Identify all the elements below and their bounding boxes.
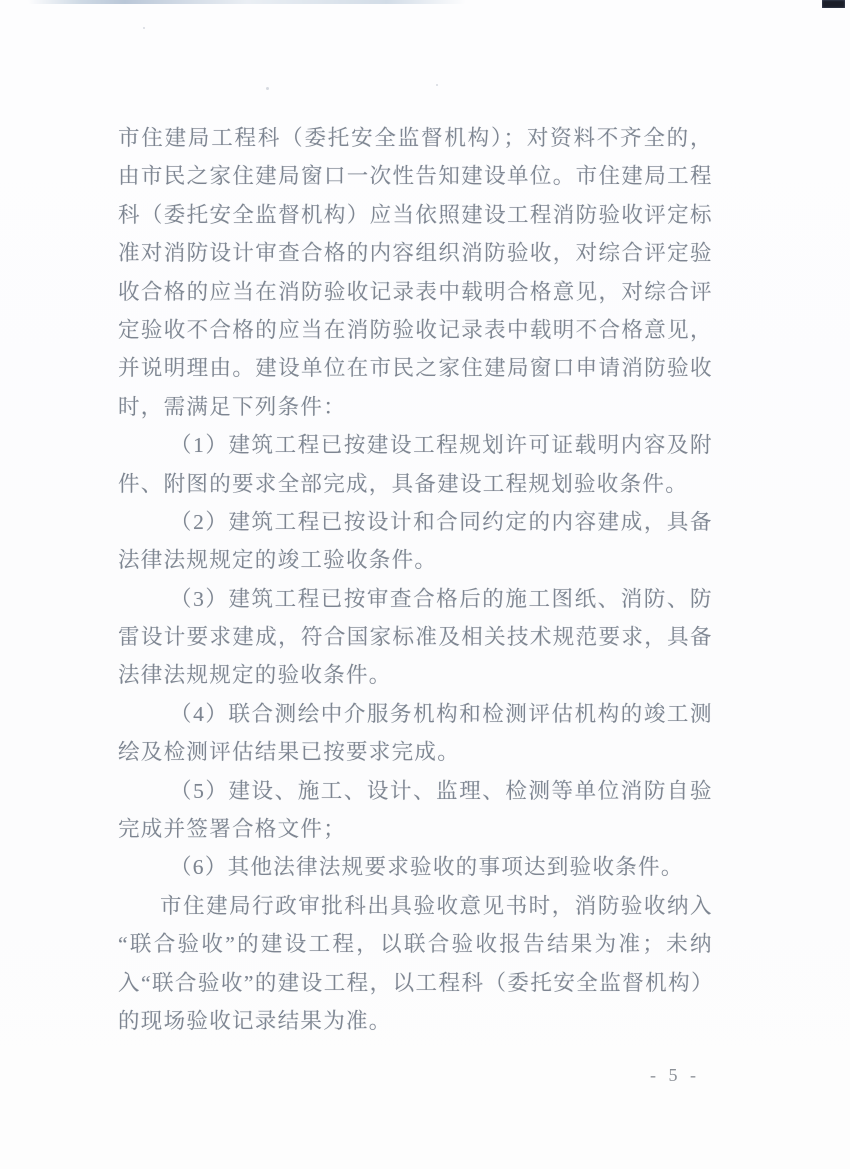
- text-line: 定验收不合格的应当在消防验收记录表中载明不合格意见，: [118, 311, 712, 349]
- text-line: （3）建筑工程已按审查合格后的施工图纸、消防、防: [118, 580, 712, 618]
- scan-speck-artifact: [143, 27, 145, 29]
- text-line: 件、附图的要求全部完成，具备建设工程规划验收条件。: [118, 465, 712, 503]
- text-line: 雷设计要求建成，符合国家标准及相关技术规范要求，具备: [118, 618, 712, 656]
- text-line: 并说明理由。建设单位在市民之家住建局窗口申请消防验收: [118, 349, 712, 387]
- document-body: 市住建局工程科（委托安全监督机构）；对资料不齐全的，由市民之家住建局窗口一次性告…: [118, 119, 712, 1040]
- text-line: 绘及检测评估结果已按要求完成。: [118, 733, 712, 771]
- text-line: 市住建局工程科（委托安全监督机构）；对资料不齐全的，: [118, 119, 712, 157]
- text-line: 入“联合验收”的建设工程，以工程科（委托安全监督机构）: [118, 964, 712, 1002]
- text-line: 完成并签署合格文件；: [118, 810, 712, 848]
- text-line: 准对消防设计审查合格的内容组织消防验收，对综合评定验: [118, 234, 712, 272]
- scan-corner-mark-artifact: [822, 0, 845, 8]
- scanned-document-page: 市住建局工程科（委托安全监督机构）；对资料不齐全的，由市民之家住建局窗口一次性告…: [0, 0, 850, 1169]
- text-line: 法律法规规定的竣工验收条件。: [118, 541, 712, 579]
- text-line: （2）建筑工程已按设计和合同约定的内容建成，具备: [118, 503, 712, 541]
- text-line: 时，需满足下列条件：: [118, 388, 712, 426]
- text-line: 法律法规规定的验收条件。: [118, 656, 712, 694]
- scan-speck-artifact: [436, 84, 438, 86]
- text-line: （1）建筑工程已按建设工程规划许可证载明内容及附: [118, 426, 712, 464]
- text-line: 由市民之家住建局窗口一次性告知建设单位。市住建局工程: [118, 157, 712, 195]
- page-number: - 5 -: [650, 1065, 700, 1086]
- scan-speck-artifact: [266, 87, 269, 90]
- text-line: （4）联合测绘中介服务机构和检测评估机构的竣工测: [118, 695, 712, 733]
- text-line: 市住建局行政审批科出具验收意见书时，消防验收纳入: [118, 887, 712, 925]
- text-line: “联合验收”的建设工程，以联合验收报告结果为准；未纳: [118, 925, 712, 963]
- text-line: （6）其他法律法规要求验收的事项达到验收条件。: [118, 848, 712, 886]
- text-line: 收合格的应当在消防验收记录表中载明合格意见，对综合评: [118, 273, 712, 311]
- text-line: （5）建设、施工、设计、监理、检测等单位消防自验: [118, 772, 712, 810]
- text-line: 科（委托安全监督机构）应当依照建设工程消防验收评定标: [118, 196, 712, 234]
- scan-smudge-artifact: [28, 0, 466, 4]
- text-line: 的现场验收记录结果为准。: [118, 1002, 712, 1040]
